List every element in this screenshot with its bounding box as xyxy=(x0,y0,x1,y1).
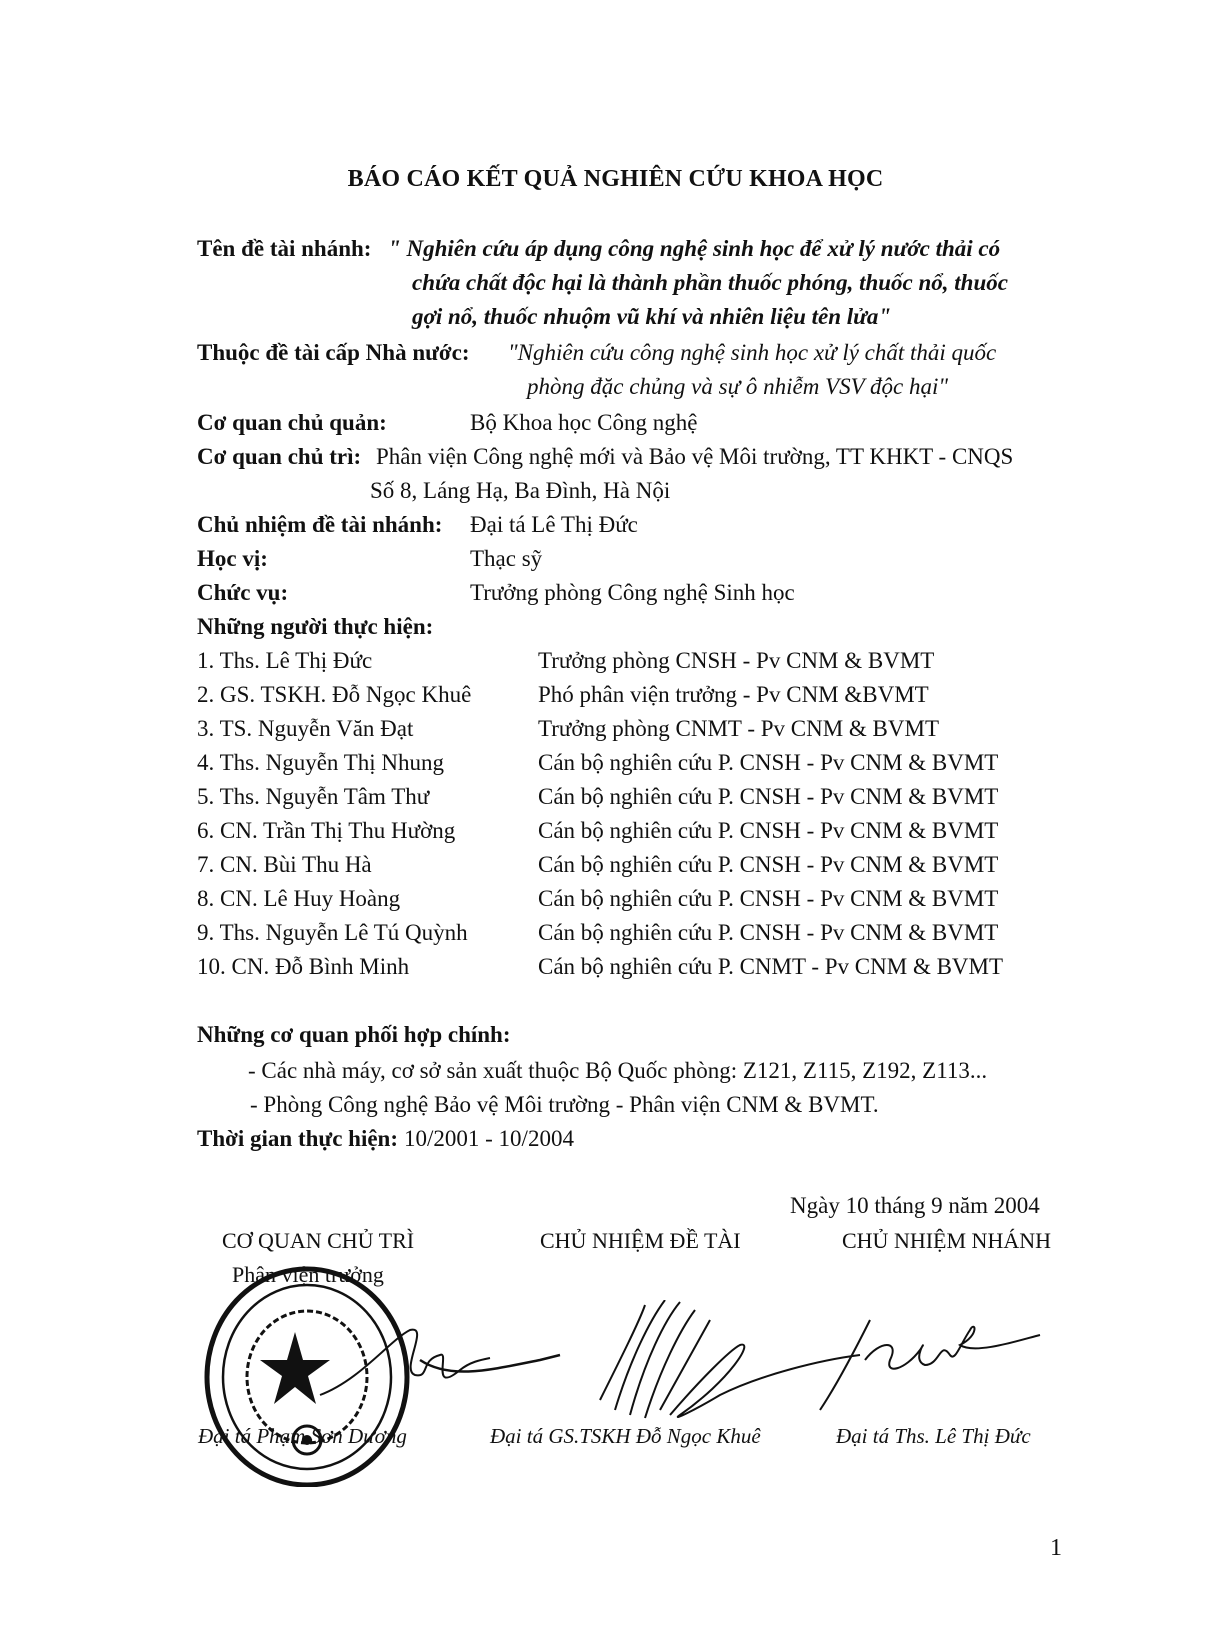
participant-role: Cán bộ nghiên cứu P. CNSH - Pv CNM & BVM… xyxy=(538,852,998,878)
participant-role: Trưởng phòng CNSH - Pv CNM & BVMT xyxy=(538,648,934,674)
state-topic-label: Thuộc đề tài cấp Nhà nước: xyxy=(197,340,470,366)
participant-name: 7. CN. Bùi Thu Hà xyxy=(197,852,372,878)
state-topic-line-2: phòng đặc chủng và sự ô nhiễm VSV độc hạ… xyxy=(527,374,948,400)
partners-label: Những cơ quan phối hợp chính: xyxy=(197,1022,511,1048)
host-agency-label: Cơ quan chủ trì: xyxy=(197,444,361,470)
participant-role: Cán bộ nghiên cứu P. CNSH - Pv CNM & BVM… xyxy=(538,784,998,810)
participant-name: 5. Ths. Nguyễn Tâm Thư xyxy=(197,784,429,810)
date-line: Ngày 10 tháng 9 năm 2004 xyxy=(790,1193,1040,1219)
participants-label: Những người thực hiện: xyxy=(197,614,433,640)
managing-agency-label: Cơ quan chủ quản: xyxy=(197,410,387,436)
participant-role: Cán bộ nghiên cứu P. CNSH - Pv CNM & BVM… xyxy=(538,818,998,844)
participant-role: Cán bộ nghiên cứu P. CNSH - Pv CNM & BVM… xyxy=(538,920,998,946)
branch-topic-line-2: chứa chất độc hại là thành phần thuốc ph… xyxy=(412,270,1008,296)
degree-value: Thạc sỹ xyxy=(470,546,542,572)
participant-role: Phó phân viện trưởng - Pv CNM &BVMT xyxy=(538,682,929,708)
signature-heading-branch-lead: CHỦ NHIỆM NHÁNH xyxy=(842,1228,1051,1254)
branch-topic-line-3: gợi nổ, thuốc nhuộm vũ khí và nhiên liệu… xyxy=(412,304,891,330)
participant-name: 4. Ths. Nguyễn Thị Nhung xyxy=(197,750,444,776)
partner-item-2: - Phòng Công nghệ Bảo vệ Môi trường - Ph… xyxy=(250,1092,879,1118)
participant-name: 1. Ths. Lê Thị Đức xyxy=(197,648,372,674)
branch-topic-line-1: " Nghiên cứu áp dụng công nghệ sinh học … xyxy=(388,236,1000,262)
participant-name: 10. CN. Đỗ Bình Minh xyxy=(197,954,409,980)
participant-role: Cán bộ nghiên cứu P. CNSH - Pv CNM & BVM… xyxy=(538,886,998,912)
branch-topic-label: Tên đề tài nhánh: xyxy=(197,236,371,262)
signature-name-topic-lead: Đại tá GS.TSKH Đỗ Ngọc Khuê xyxy=(490,1424,761,1449)
participant-name: 6. CN. Trần Thị Thu Hường xyxy=(197,818,455,844)
branch-lead-value: Đại tá Lê Thị Đức xyxy=(470,512,638,538)
partner-item-1: - Các nhà máy, cơ sở sản xuất thuộc Bộ Q… xyxy=(248,1058,987,1084)
page-number: 1 xyxy=(1050,1535,1062,1562)
degree-label: Học vị: xyxy=(197,546,268,572)
participant-name: 9. Ths. Nguyễn Lê Tú Quỳnh xyxy=(197,920,468,946)
host-agency-value: Phân viện Công nghệ mới và Bảo vệ Môi tr… xyxy=(376,444,1013,470)
signature-heading-host: CƠ QUAN CHỦ TRÌ xyxy=(222,1228,414,1254)
state-topic-line-1: "Nghiên cứu công nghệ sinh học xử lý chấ… xyxy=(508,340,996,366)
document-title: BÁO CÁO KẾT QUẢ NGHIÊN CỨU KHOA HỌC xyxy=(0,166,1231,193)
participant-role: Trưởng phòng CNMT - Pv CNM & BVMT xyxy=(538,716,939,742)
participant-name: 2. GS. TSKH. Đỗ Ngọc Khuê xyxy=(197,682,471,708)
position-value: Trưởng phòng Công nghệ Sinh học xyxy=(470,580,795,606)
signature-name-branch-lead: Đại tá Ths. Lê Thị Đức xyxy=(836,1424,1031,1449)
host-agency-address: Số 8, Láng Hạ, Ba Đình, Hà Nội xyxy=(370,478,670,504)
branch-lead-label: Chủ nhiệm đề tài nhánh: xyxy=(197,512,442,538)
managing-agency-value: Bộ Khoa học Công nghệ xyxy=(470,410,697,436)
participant-name: 8. CN. Lê Huy Hoàng xyxy=(197,886,400,912)
participant-role: Cán bộ nghiên cứu P. CNMT - Pv CNM & BVM… xyxy=(538,954,1003,980)
duration-value: 10/2001 - 10/2004 xyxy=(404,1126,574,1152)
participant-role: Cán bộ nghiên cứu P. CNSH - Pv CNM & BVM… xyxy=(538,750,998,776)
participant-name: 3. TS. Nguyễn Văn Đạt xyxy=(197,716,413,742)
duration-label: Thời gian thực hiện: xyxy=(197,1126,398,1152)
signatures-icon xyxy=(300,1300,1070,1430)
signature-name-host: Đại tá Phạm Sơn Dương xyxy=(198,1424,407,1449)
signature-heading-topic-lead: CHỦ NHIỆM ĐỀ TÀI xyxy=(540,1228,741,1254)
position-label: Chức vụ: xyxy=(197,580,288,606)
